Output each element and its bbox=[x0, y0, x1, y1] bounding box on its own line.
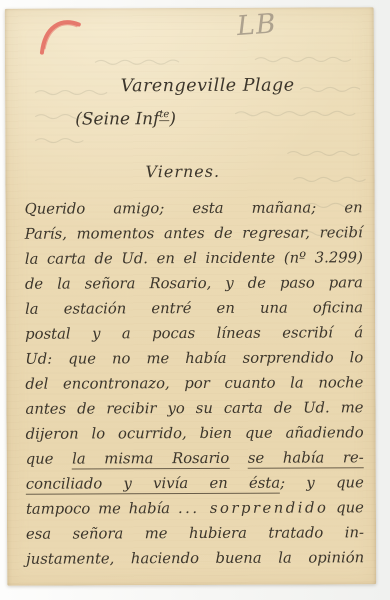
heading-place: Varengeville Plage bbox=[115, 76, 300, 97]
manuscript-line-14: esa señora me hubiera tratado in- bbox=[26, 520, 364, 546]
manuscript-line-10: dijeron lo ocurrido, bien que añadiendo bbox=[26, 420, 364, 446]
manuscript-line-7: Ud: que no me había sorprendido lo bbox=[25, 345, 363, 371]
manuscript-line-15: justamente, haciendo buena la opinión bbox=[26, 545, 364, 571]
manuscript-line-12: conciliado y vivía en ésta; y que bbox=[26, 470, 364, 496]
manuscript-line-2: París, momentos antes de regresar, recib… bbox=[25, 220, 363, 246]
manuscript-line-6: postal y a pocas líneas escribí á bbox=[25, 320, 363, 346]
letter-body: Querido amigo; esta mañana; enParís, mom… bbox=[25, 195, 365, 571]
manuscript-line-11: que la misma Rosario se había re- bbox=[26, 445, 364, 471]
letter-sheet: LB Varengeville Plage (Seine Infte) Vier… bbox=[5, 7, 377, 586]
pencil-inscription: LB bbox=[236, 8, 278, 42]
manuscript-line-1: Querido amigo; esta mañana; en bbox=[25, 195, 363, 221]
red-crayon-mark bbox=[42, 22, 79, 52]
manuscript-line-4: de la señora Rosario, y de paso para bbox=[25, 270, 363, 296]
red-crayon-mark-shade bbox=[45, 25, 77, 49]
manuscript-line-13: tampoco me había ... sorprendido que bbox=[26, 495, 364, 521]
heading-dateline: Viernes. bbox=[145, 162, 220, 181]
heading-department: (Seine Infte) bbox=[75, 109, 176, 129]
manuscript-line-8: del encontronazo, por cuanto la noche bbox=[25, 370, 363, 396]
manuscript-line-9: antes de recibir yo su carta de Ud. me bbox=[25, 395, 363, 421]
manuscript-line-5: la estación entré en una oficina bbox=[25, 295, 363, 321]
scanned-letter-photo: LB Varengeville Plage (Seine Infte) Vier… bbox=[0, 0, 390, 600]
manuscript-line-3: la carta de Ud. en el incidente (nº 3.29… bbox=[25, 245, 363, 271]
